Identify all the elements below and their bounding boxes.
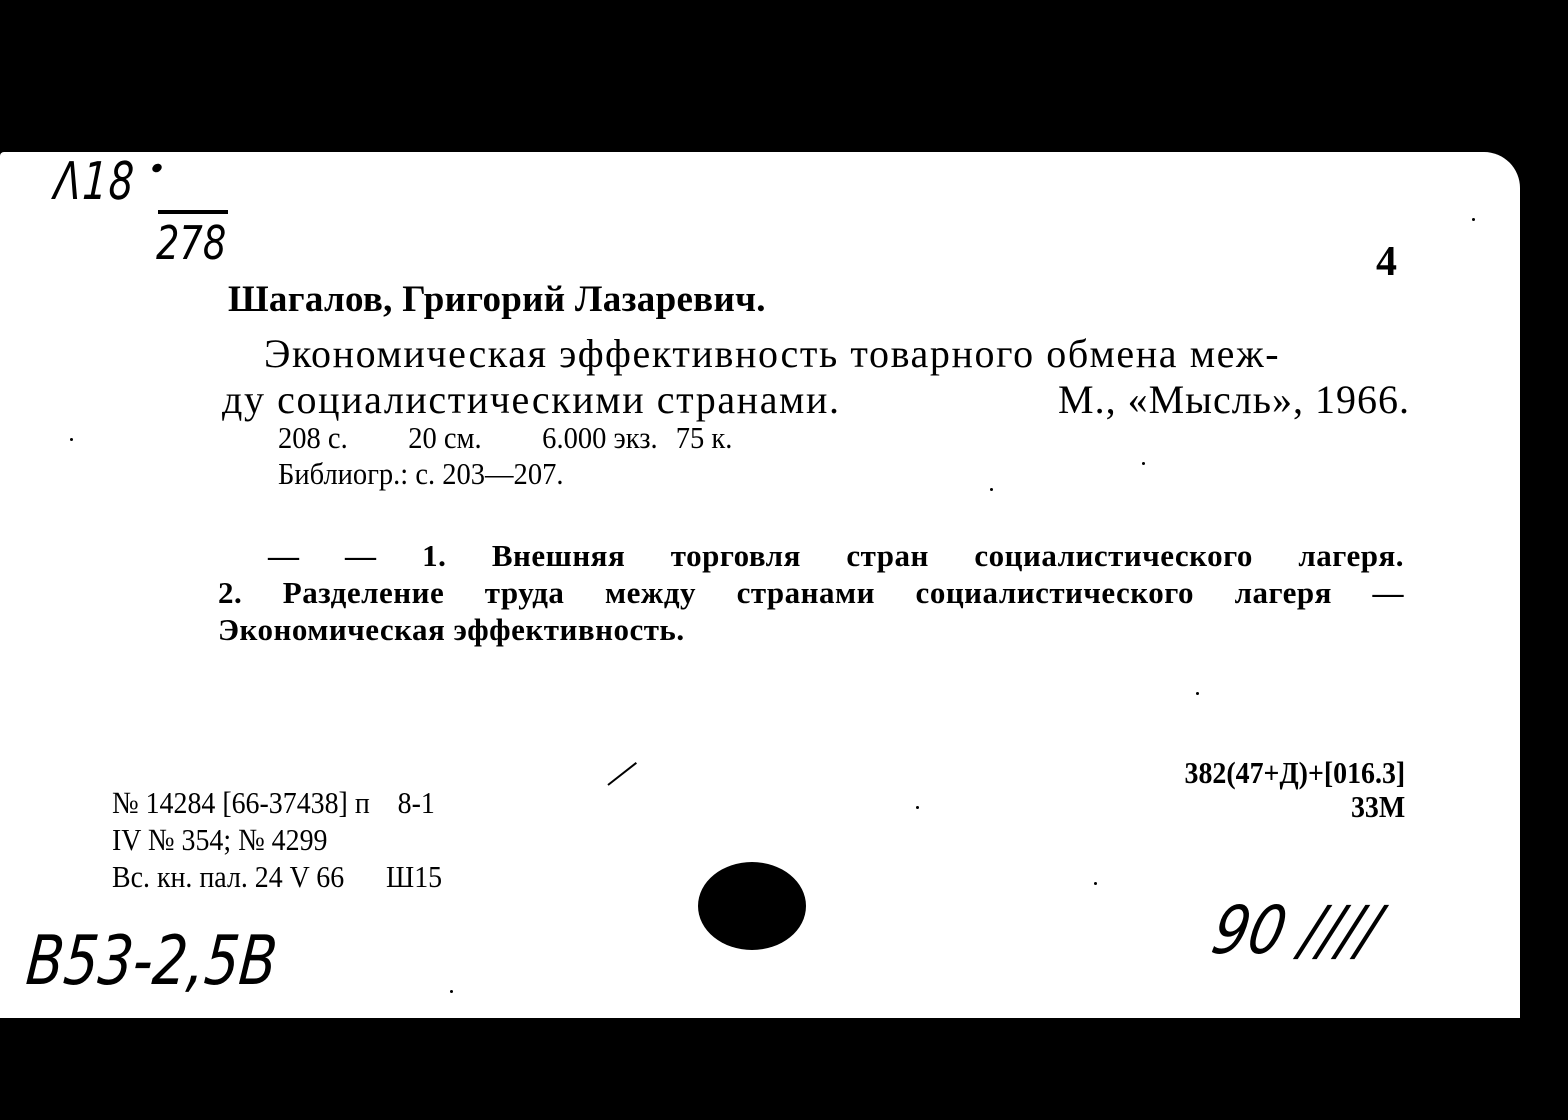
title-line-2: ду социалистическими странами. М., «Мысл… xyxy=(222,376,1410,423)
collation: 208 с. 20 см. 6.000 экз. 75 к. xyxy=(278,420,786,456)
pen-stroke xyxy=(607,762,637,786)
dust-speck xyxy=(1472,218,1475,221)
dust-speck xyxy=(990,488,993,491)
author-sign: 33М xyxy=(1184,790,1405,824)
subject-heading-1: — — 1. Внешняя торговля стран социалисти… xyxy=(218,537,1404,574)
card-punch-hole xyxy=(698,862,806,950)
catalog-card: Λ18 278 4 Шагалов, Григорий Лазаревич. Э… xyxy=(0,152,1520,1018)
title-continuation: ду социалистическими странами. xyxy=(222,376,841,423)
imprint-block: № 14284 [66-37438] п 8-1 IV № 354; № 429… xyxy=(112,784,442,895)
imprint-line-3: Вс. кн. пал. 24 V 66 Ш15 xyxy=(112,858,442,895)
ink-mark xyxy=(151,162,164,174)
classification-block: 382(47+Д)+[016.3] 33М xyxy=(1184,756,1405,824)
dust-speck xyxy=(1142,462,1145,465)
card-number: 4 xyxy=(1376,238,1397,286)
author-heading: Шагалов, Григорий Лазаревич. xyxy=(228,278,766,321)
publication-info: М., «Мысль», 1966. xyxy=(1058,376,1410,423)
handwritten-shelf-mark-bottom: B53-2,5B xyxy=(23,922,280,1001)
imprint-line-2: IV № 354; № 4299 xyxy=(112,821,442,858)
page-count: 208 с. xyxy=(278,420,348,455)
price: 75 к. xyxy=(676,420,733,455)
dust-speck xyxy=(450,990,453,993)
dust-speck xyxy=(1094,882,1097,885)
udc-code: 382(47+Д)+[016.3] xyxy=(1184,756,1405,790)
dust-speck xyxy=(1196,692,1199,695)
subject-headings: — — 1. Внешняя торговля стран социалисти… xyxy=(218,537,1404,648)
print-run: 6.000 экз. xyxy=(542,420,657,455)
imprint-line-1: № 14284 [66-37438] п 8-1 xyxy=(112,784,442,821)
bibliography-note: Библиогр.: с. 203—207. xyxy=(278,456,563,492)
fraction-bar xyxy=(158,210,228,214)
fraction-denominator: 278 xyxy=(156,216,226,270)
dust-speck xyxy=(70,438,73,441)
title-line-1: Экономическая эффективность товарного об… xyxy=(264,330,1280,377)
book-size: 20 см. xyxy=(408,420,481,455)
handwritten-shelf-mark-top: Λ18 xyxy=(53,152,137,212)
subject-heading-2: 2. Разделение труда между странами социа… xyxy=(218,574,1404,648)
dust-speck xyxy=(916,806,919,809)
handwritten-inventory-mark: 90 //// xyxy=(1206,892,1387,969)
